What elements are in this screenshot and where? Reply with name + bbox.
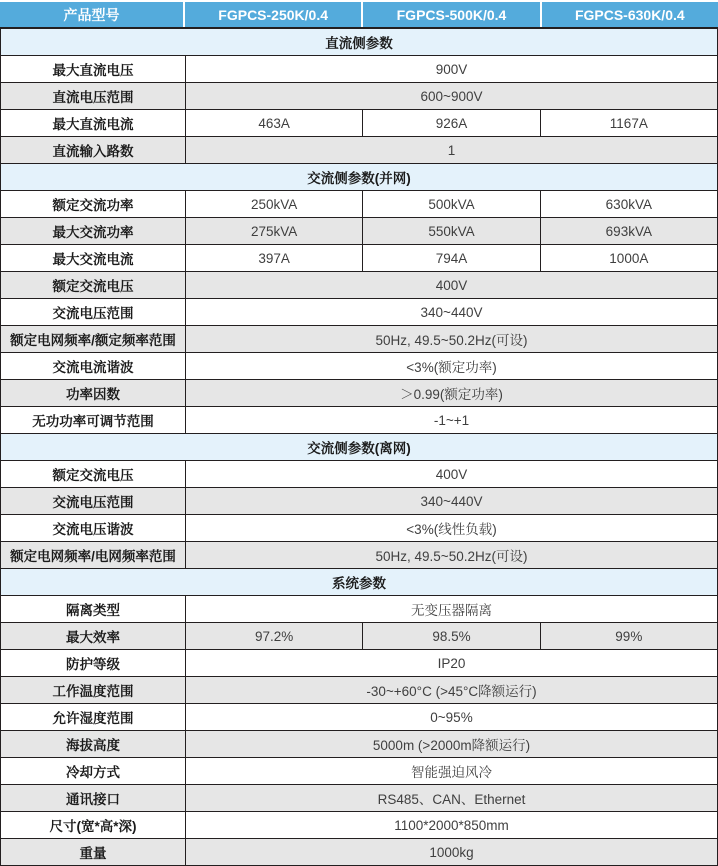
row-label: 冷却方式 — [1, 758, 186, 784]
table-row: 交流电压范围340~440V — [1, 488, 717, 515]
row-value: 630kVA — [540, 191, 717, 217]
section-header: 直流侧参数 — [1, 29, 717, 56]
header-model-250k: FGPCS-250K/0.4 — [185, 2, 363, 27]
row-value: 0~95% — [186, 704, 717, 730]
row-label: 功率因数 — [1, 380, 186, 406]
row-label: 交流电压范围 — [1, 299, 186, 325]
row-label: 无功功率可调节范围 — [1, 407, 186, 433]
row-label: 最大直流电流 — [1, 110, 186, 136]
row-label: 直流输入路数 — [1, 137, 186, 163]
table-row: 通讯接口RS485、CAN、Ethernet — [1, 785, 717, 812]
row-label: 最大交流功率 — [1, 218, 186, 244]
row-label: 允许湿度范围 — [1, 704, 186, 730]
row-label: 海拔高度 — [1, 731, 186, 757]
table-row: 防护等级IP20 — [1, 650, 717, 677]
row-value: RS485、CAN、Ethernet — [186, 785, 717, 811]
row-value: 600~900V — [186, 83, 717, 109]
row-value: 794A — [362, 245, 539, 271]
row-value: 926A — [362, 110, 539, 136]
row-value: -30~+60°C (>45°C降额运行) — [186, 677, 717, 703]
row-value: 1000A — [540, 245, 717, 271]
table-row: 最大交流电流397A794A1000A — [1, 245, 717, 272]
row-value: 98.5% — [362, 623, 539, 649]
row-label: 最大效率 — [1, 623, 186, 649]
section-header: 交流侧参数(离网) — [1, 434, 717, 461]
table-row: 直流电压范围600~900V — [1, 83, 717, 110]
table-row: 最大交流功率275kVA550kVA693kVA — [1, 218, 717, 245]
table-row: 额定电网频率/电网频率范围50Hz, 49.5~50.2Hz(可设) — [1, 542, 717, 569]
table-row: 额定交流电压400V — [1, 272, 717, 299]
row-value: 500kVA — [362, 191, 539, 217]
row-label: 额定交流电压 — [1, 461, 186, 487]
row-value: 5000m (>2000m降额运行) — [186, 731, 717, 757]
row-value: <3%(额定功率) — [186, 353, 717, 379]
header-model-500k: FGPCS-500K/0.4 — [363, 2, 541, 27]
table-row: 允许湿度范围0~95% — [1, 704, 717, 731]
row-value: 400V — [186, 461, 717, 487]
row-value: 97.2% — [186, 623, 362, 649]
row-value: <3%(线性负载) — [186, 515, 717, 541]
table-row: 冷却方式智能强迫风冷 — [1, 758, 717, 785]
section-header: 系统参数 — [1, 569, 717, 596]
header-model-630k: FGPCS-630K/0.4 — [542, 2, 718, 27]
row-label: 额定电网频率/额定频率范围 — [1, 326, 186, 352]
table-row: 隔离类型无变压器隔离 — [1, 596, 717, 623]
table-row: 交流电流谐波<3%(额定功率) — [1, 353, 717, 380]
spec-table-body: 直流侧参数最大直流电压900V直流电压范围600~900V最大直流电流463A9… — [0, 29, 718, 866]
row-value: 463A — [186, 110, 362, 136]
table-row: 无功功率可调节范围-1~+1 — [1, 407, 717, 434]
table-row: 交流电压范围340~440V — [1, 299, 717, 326]
row-value: 400V — [186, 272, 717, 298]
row-value: 340~440V — [186, 299, 717, 325]
row-value: IP20 — [186, 650, 717, 676]
row-value: 1000kg — [186, 839, 717, 865]
row-label: 尺寸(宽*高*深) — [1, 812, 186, 838]
table-row: 最大效率97.2%98.5%99% — [1, 623, 717, 650]
table-row: 直流输入路数1 — [1, 137, 717, 164]
table-row: 功率因数＞0.99(额定功率) — [1, 380, 717, 407]
row-label: 隔离类型 — [1, 596, 186, 622]
table-row: 最大直流电压900V — [1, 56, 717, 83]
table-row: 尺寸(宽*高*深)1100*2000*850mm — [1, 812, 717, 839]
row-value: 397A — [186, 245, 362, 271]
row-label: 重量 — [1, 839, 186, 865]
header-product-model: 产品型号 — [0, 2, 185, 27]
row-label: 最大直流电压 — [1, 56, 186, 82]
row-label: 额定交流电压 — [1, 272, 186, 298]
row-value: 900V — [186, 56, 717, 82]
row-value: -1~+1 — [186, 407, 717, 433]
row-value: ＞0.99(额定功率) — [186, 380, 717, 406]
row-value: 693kVA — [540, 218, 717, 244]
table-header-row: 产品型号 FGPCS-250K/0.4 FGPCS-500K/0.4 FGPCS… — [0, 2, 718, 29]
row-label: 直流电压范围 — [1, 83, 186, 109]
row-value: 99% — [540, 623, 717, 649]
row-value: 50Hz, 49.5~50.2Hz(可设) — [186, 326, 717, 352]
row-label: 防护等级 — [1, 650, 186, 676]
table-row: 交流电压谐波<3%(线性负载) — [1, 515, 717, 542]
row-value: 1167A — [540, 110, 717, 136]
spec-table: 产品型号 FGPCS-250K/0.4 FGPCS-500K/0.4 FGPCS… — [0, 0, 718, 866]
row-label: 交流电流谐波 — [1, 353, 186, 379]
row-value: 340~440V — [186, 488, 717, 514]
row-label: 通讯接口 — [1, 785, 186, 811]
row-label: 额定电网频率/电网频率范围 — [1, 542, 186, 568]
row-value: 无变压器隔离 — [186, 596, 717, 622]
table-row: 最大直流电流463A926A1167A — [1, 110, 717, 137]
row-value: 1 — [186, 137, 717, 163]
section-header: 交流侧参数(并网) — [1, 164, 717, 191]
table-row: 额定交流功率250kVA500kVA630kVA — [1, 191, 717, 218]
row-label: 交流电压谐波 — [1, 515, 186, 541]
table-row: 海拔高度5000m (>2000m降额运行) — [1, 731, 717, 758]
row-value: 50Hz, 49.5~50.2Hz(可设) — [186, 542, 717, 568]
row-label: 工作温度范围 — [1, 677, 186, 703]
row-value: 1100*2000*850mm — [186, 812, 717, 838]
table-row: 重量1000kg — [1, 839, 717, 866]
row-label: 交流电压范围 — [1, 488, 186, 514]
table-row: 额定交流电压400V — [1, 461, 717, 488]
row-value: 275kVA — [186, 218, 362, 244]
row-value: 250kVA — [186, 191, 362, 217]
row-label: 额定交流功率 — [1, 191, 186, 217]
table-row: 额定电网频率/额定频率范围50Hz, 49.5~50.2Hz(可设) — [1, 326, 717, 353]
row-value: 550kVA — [362, 218, 539, 244]
row-label: 最大交流电流 — [1, 245, 186, 271]
row-value: 智能强迫风冷 — [186, 758, 717, 784]
table-row: 工作温度范围-30~+60°C (>45°C降额运行) — [1, 677, 717, 704]
